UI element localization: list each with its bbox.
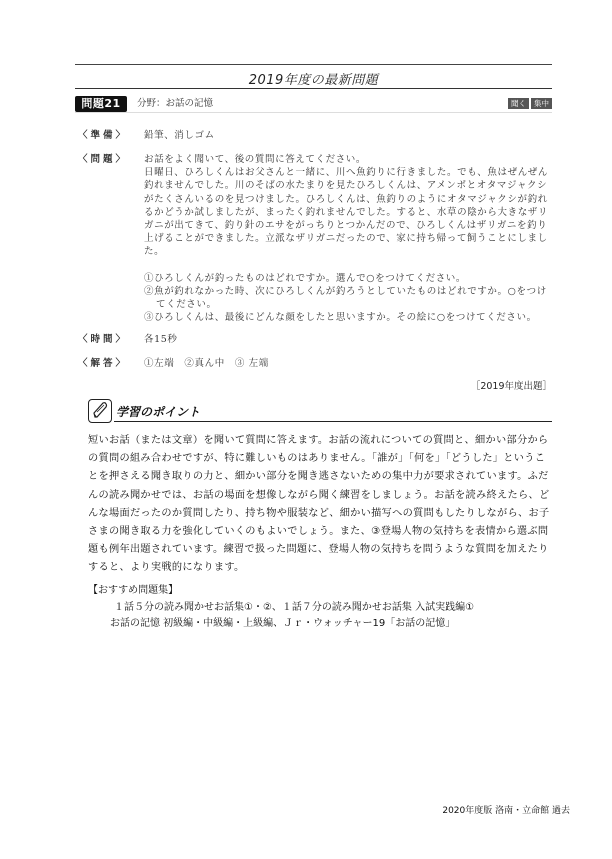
skill-tags: 聞く 集中 xyxy=(508,98,552,109)
tag-listening: 聞く xyxy=(508,98,529,109)
page-heading: 2019年度の最新問題 xyxy=(75,69,552,88)
problem-number-badge: 問題21 xyxy=(75,96,127,112)
learning-point-title: 学習のポイント xyxy=(116,403,200,420)
learning-point-rule xyxy=(114,421,552,422)
recommended-title: 【おすすめ問題集】 xyxy=(88,581,178,596)
preparation-label: 〈準備〉 xyxy=(78,129,140,142)
question-body: お話をよく聞いて、後の質問に答えてください。 日曜日、ひろしくんはお父さんと一緒… xyxy=(144,153,552,324)
learning-point-header: 学習のポイント xyxy=(88,399,552,423)
learning-point-body: 短いお話（または文章）を聞いて質問に答えます。お話の流れについての質問と、細かい… xyxy=(88,432,552,578)
problem-field: 分野：お話の記憶 xyxy=(137,97,213,111)
pencil-icon xyxy=(88,399,112,423)
tag-focus: 集中 xyxy=(531,98,552,109)
question-item: ③ひろしくんは、最後にどんな顔をしたと思いますか。その絵に○をつけてください。 xyxy=(144,311,552,324)
recommended-line: １話５分の読み聞かせお話集①・②、１話７分の読み聞かせお話集 入試実践編① xyxy=(114,598,474,613)
question-intro: お話をよく聞いて、後の質問に答えてください。 xyxy=(144,153,552,166)
problem-header: 問題21 分野：お話の記憶 聞く 集中 xyxy=(75,96,552,113)
question-story: 日曜日、ひろしくんはお父さんと一緒に、川へ魚釣りに行きました。でも、魚はぜんぜん… xyxy=(144,166,552,258)
recommended-line: お話の記憶 初級編・中級編・上級編、Ｊｒ・ウォッチャー19「お話の記憶」 xyxy=(110,614,455,629)
question-label: 〈問題〉 xyxy=(78,153,140,166)
answer-label: 〈解答〉 xyxy=(78,357,140,370)
page-footer: 2020年度版 洛南・立命館 過去 xyxy=(442,803,570,816)
question-item: ①ひろしくんが釣ったものはどれですか。選んで○をつけてください。 xyxy=(144,272,552,285)
time-label: 〈時間〉 xyxy=(78,333,140,346)
top-rule xyxy=(75,64,552,65)
answer-value: ①左端 ②真ん中 ③ 左端 xyxy=(144,357,552,370)
preparation-value: 鉛筆、消しゴム xyxy=(144,129,552,142)
question-list: ①ひろしくんが釣ったものはどれですか。選んで○をつけてください。 ②魚が釣れなか… xyxy=(144,272,552,325)
question-item: ②魚が釣れなかった時、次にひろしくんが釣ろうとしていたものはどれですか。○をつけ… xyxy=(144,285,552,311)
time-value: 各15秒 xyxy=(144,333,552,346)
heading-rule xyxy=(75,88,552,89)
year-note: ［2019年度出題］ xyxy=(471,378,552,392)
